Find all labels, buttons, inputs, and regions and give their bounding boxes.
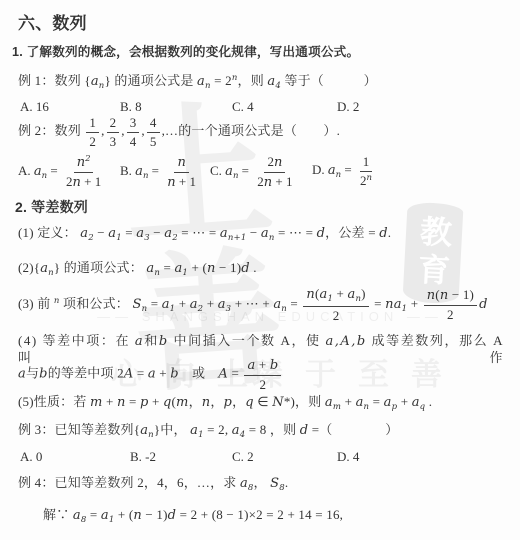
arithmetic-mean-line2: a与b的等差中项 2A = a + b 或 A = a + b2 (18, 358, 283, 391)
example1-option-b: B. 8 (120, 99, 142, 115)
example3-option-b: B. -2 (130, 449, 156, 465)
example2-option-b: B. an = nn + 1 (120, 155, 201, 189)
example4-question: 例 4：已知等差数列 2，4，6，…，求 a8， S8. (18, 475, 288, 494)
definition-1: (1) 定义： a2 − a1 = a3 − a2 = ⋯ = an+1 − a… (18, 225, 391, 244)
example2-option-a: A. an = n22n + 1 (18, 155, 106, 189)
objective-text: 1. 了解数列的概念，会根据数列的变化规律，写出通项公式。 (12, 45, 359, 61)
worksheet-page: 上善 教育 —— SHANGSHAN EDUCATION —— 一心向上 臻于至… (0, 0, 520, 540)
example2-option-c: C. an = 2n2n + 1 (210, 155, 297, 189)
example1-option-c: C. 4 (232, 99, 254, 115)
general-term-formula: (2){an} 的通项公式： an = a1 + (n − 1)d . (18, 260, 257, 279)
example1-option-d: D. 2 (337, 99, 359, 115)
example3-option-a: A. 0 (20, 449, 42, 465)
example2-option-d: D. an = 12n (312, 155, 377, 187)
example2-question: 例 2：数列 12,23,34,45,…的一个通项公式是（ ）. (18, 116, 340, 148)
watermark-seal-text: 教育 (415, 214, 451, 292)
example3-question: 例 3：已知等差数列{an}中， a1 = 2, a4 = 8 ，则 d =（ … (18, 422, 398, 441)
solution-line: 解∵ a8 = a1 + (n − 1)d = 2 + (8 − 1)×2 = … (43, 507, 343, 526)
sum-formula: (3) 前 n 项和公式： Sn = a1 + a2 + a3 + ⋯ + an… (18, 287, 488, 323)
property-line: (5)性质：若 m + n = p + q(m，n，p，q ∈ N*)，则 am… (18, 394, 432, 413)
example3-option-d: D. 4 (337, 449, 359, 465)
section-title: 六、数列 (18, 13, 87, 34)
example1-option-a: A. 16 (20, 99, 49, 115)
example2-options: A. an = n22n + 1 B. an = nn + 1 C. an = … (18, 155, 520, 189)
example1-question: 例 1：数列 {an} 的通项公式是 an = 2n，则 a4 等于（ ） (18, 73, 377, 92)
section2-title: 2. 等差数列 (15, 199, 88, 217)
example3-option-c: C. 2 (232, 449, 254, 465)
